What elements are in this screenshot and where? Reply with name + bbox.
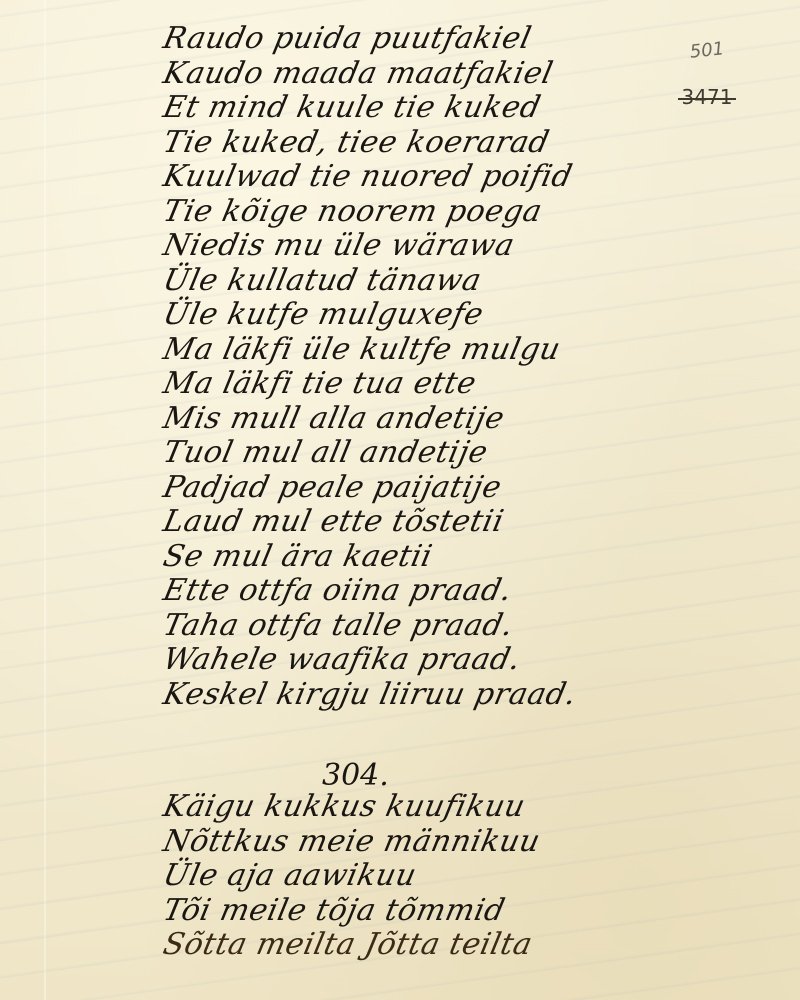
verse-line: Taha ottfa talle praad. <box>160 609 727 644</box>
verse-line: Käigu kukkus kuufikuu <box>160 790 727 825</box>
verse-line: Tõi meile tõja tõmmid <box>160 894 727 929</box>
paper-fold-line <box>44 0 46 1000</box>
verse-line: Tuol mul all andetije <box>160 436 727 471</box>
verse-line: Üle kullatud tänawa <box>160 264 727 299</box>
song-2-text: Käigu kukkus kuufikuu Nõttkus meie männi… <box>160 790 720 963</box>
verse-line: Sõtta meilta Jõtta teilta <box>160 928 727 963</box>
verse-line: Padjad peale paijatije <box>160 471 727 506</box>
verse-line: Ette ottfa oiina praad. <box>160 574 727 609</box>
song-1-text: Raudo puida puutfakiel Kaudo maada maatf… <box>160 22 720 712</box>
verse-line: Tie kuked, tiee koerarad <box>160 126 727 161</box>
verse-line: Ma läkfi üle kultfe mulgu <box>160 333 727 368</box>
verse-line: Nõttkus meie männikuu <box>160 825 727 860</box>
manuscript-page: 501 3471 Raudo puida puutfakiel Kaudo ma… <box>0 0 800 1000</box>
verse-line: Niedis mu üle wärawa <box>160 229 727 264</box>
verse-line: Ma läkfi tie tua ette <box>160 367 727 402</box>
verse-line: Laud mul ette tõstetii <box>160 505 727 540</box>
verse-line: Keskel kirgju liiruu praad. <box>160 678 727 713</box>
verse-line: Se mul ära kaetii <box>160 540 727 575</box>
verse-line: Et mind kuule tie kuked <box>160 91 727 126</box>
verse-line: Wahele waafika praad. <box>160 643 727 678</box>
verse-line: Üle kutfe mulguxefe <box>160 298 727 333</box>
verse-line: Üle aja aawikuu <box>160 859 727 894</box>
verse-line: Tie kõige noorem poega <box>160 195 727 230</box>
verse-line: Raudo puida puutfakiel <box>160 22 727 57</box>
verse-line: Mis mull alla andetije <box>160 402 727 437</box>
verse-line: Kuulwad tie nuored poifid <box>160 160 727 195</box>
verse-line: Kaudo maada maatfakiel <box>160 57 727 92</box>
song-number: 304. <box>322 758 389 793</box>
